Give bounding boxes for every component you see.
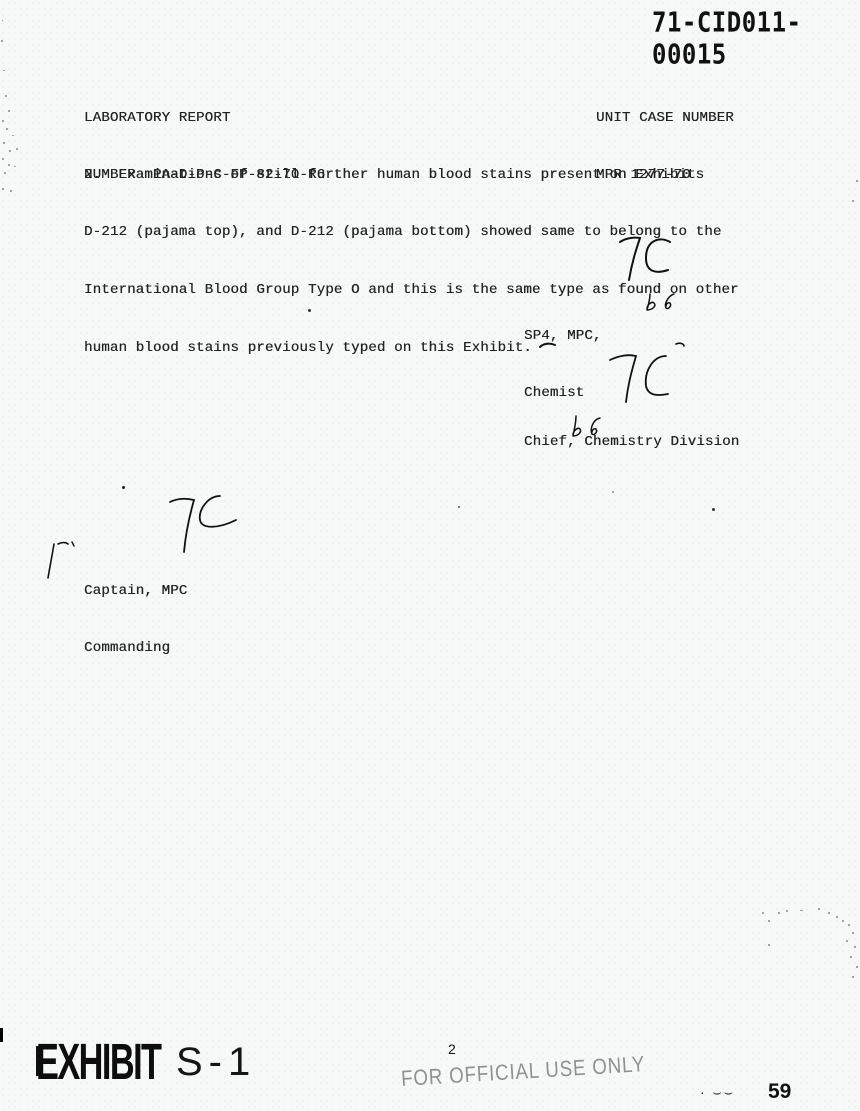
document-control-number: 71-CID011-00015 <box>652 6 860 70</box>
paragraph-line: 2. Examinations of still further human b… <box>84 166 739 185</box>
scan-edge-mark <box>0 1028 3 1042</box>
chief-title: Chief, Chemistry Division <box>524 433 739 452</box>
chemist-role: Chemist <box>524 384 602 403</box>
commander-role: Commanding <box>84 639 187 658</box>
redaction-mark-7c <box>612 232 676 288</box>
exhibit-stamp: EXHIBIT <box>36 1034 160 1092</box>
redaction-mark-b6 <box>642 290 682 314</box>
pen-mark <box>538 341 558 349</box>
security-marking: FOR OFFICIAL USE ONLY <box>400 1051 645 1092</box>
page-number: 2 <box>448 1041 456 1057</box>
scan-mark: · ⌣⌣ <box>700 1084 735 1101</box>
case-number-label: UNIT CASE NUMBER <box>596 109 734 128</box>
redaction-mark-7c <box>604 340 690 406</box>
exhibit-id: S-1 <box>176 1040 256 1085</box>
pen-mark <box>44 538 78 582</box>
bates-number: 59 <box>768 1080 791 1104</box>
chemist-rank: SP4, MPC, <box>524 327 602 346</box>
report-type-label: LABORATORY REPORT <box>84 109 325 128</box>
commander-rank: Captain, MPC <box>84 582 187 601</box>
commander-title: Captain, MPC Commanding <box>84 544 187 696</box>
